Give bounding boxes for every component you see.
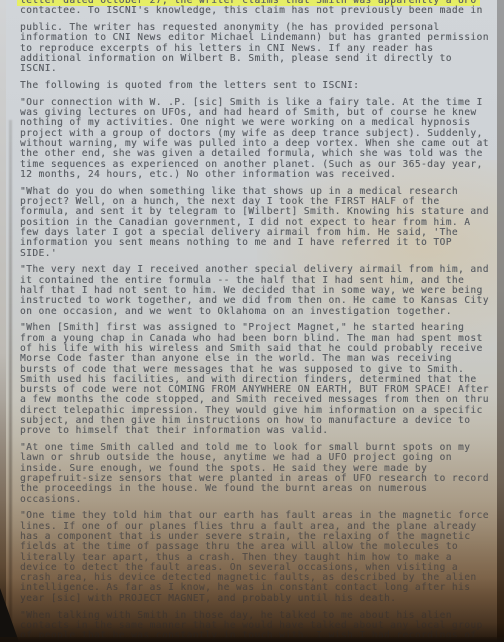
paragraph: "One time they told him that our earth h… [20,511,491,604]
paragraph: "The very next day I received another sp… [20,265,491,316]
opening-paragraph: letter dated October 27, the writer clai… [20,0,491,17]
right-edge-shadow [497,0,504,642]
document-photo: letter dated October 27, the writer clai… [0,0,504,642]
paragraph: The following is quoted from the letters… [20,81,491,91]
paper-page: letter dated October 27, the writer clai… [6,0,497,642]
paragraph: "When [Smith] first was assigned to "Pro… [20,323,491,436]
left-edge-seam [9,120,12,632]
opening-paragraph-line2: contactee. To ISCNI's knowledge, this cl… [20,5,483,16]
paragraph-list: public. The writer has requested anonymi… [20,23,491,641]
paragraph: "What do you do when something like that… [20,187,491,259]
paragraph: "When talking with Smith in those day, h… [20,611,491,642]
paragraph: "At one time Smith called and told me to… [20,443,491,505]
paragraph: public. The writer has requested anonymi… [20,23,491,74]
page-text: letter dated October 27, the writer clai… [20,0,491,642]
paragraph: "Our connection with W. .P. [sic] Smith … [20,98,491,180]
